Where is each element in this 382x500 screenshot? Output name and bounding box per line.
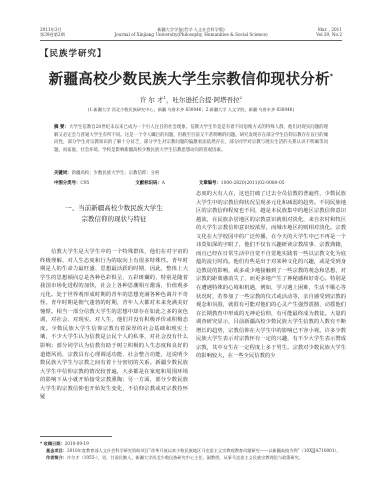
keywords: 关键词：新疆高校；少数民族大学生；宗教信仰；分析: [54, 170, 328, 176]
abstract: 摘 要：大学生信教自20世纪末以来已成为一个引人注目的社会现象。信教大学生毕竟是…: [54, 124, 328, 154]
keywords-text: 新疆高校；少数民族大学生；宗教信仰；分析: [72, 171, 160, 176]
section-tag: 【民族学研究】: [40, 47, 107, 59]
footnote-fund: 基金项目：2010年度教育部人文社会科学研究资助项目“改革开放以来少数民族地区马…: [40, 447, 346, 454]
footnote-rule: [40, 436, 112, 437]
fund-label: 基金项目：: [46, 448, 67, 453]
body-left-column: 信教大学生是大学生中的一个特殊群体，他们在对宇宙的终极理解、对人生态度和行为的取…: [40, 248, 188, 433]
doc-code-label: 文献标识码：: [135, 181, 161, 186]
doc-code-value: A: [162, 181, 165, 186]
section-heading-1: 一、当前新疆高校少数民族大学生 宗教信仰的现状与特征: [40, 203, 188, 225]
footnotes: * 收稿日期：2010-09-19 基金项目：2010年度教育部人文社会科学研究…: [40, 440, 346, 461]
abstract-text: 大学生信教自20世纪末以来已成为一个引人注目的社会现象。信教大学生毕竟是有着不同…: [54, 125, 328, 153]
clc-value: C95: [80, 181, 89, 186]
section-heading-line1: 一、当前新疆高校少数民族大学生: [40, 203, 188, 214]
keywords-label: 关键词：: [54, 171, 72, 176]
author-bio-label: 作者简介：: [46, 455, 67, 460]
classification-line: 中图分类号：C95 文献标识码：A 文章编号：1000-2820(2011)02…: [54, 180, 328, 186]
fund-value: 2010年度教育部人文社会科学研究资助项目“改革开放以来少数民族地区马克思主义宗…: [67, 448, 341, 453]
article-no-label: 文章编号：: [199, 181, 221, 186]
section-heading-line2: 宗教信仰的现状与特征: [40, 214, 188, 225]
author-line: 许 尔 才1，吐尔逊托合提·阿塔吾拉2: [0, 95, 382, 104]
title-footnote-mark: *: [330, 73, 333, 80]
clc-label: 中图分类号：: [54, 181, 80, 186]
received-label: * 收稿日期：: [40, 441, 65, 446]
author-1: 许 尔 才: [140, 96, 164, 104]
journal-name-en: Journal of Xinjiang University(Philosoph…: [40, 32, 342, 37]
journal-name: 新疆大学学报(哲学·人文社会科学版) Journal of Xinjiang U…: [40, 27, 342, 37]
article-no-value: 1000-2820(2011)02-0080-05: [221, 181, 285, 186]
abstract-label: 摘 要：: [54, 125, 69, 130]
received-value: 2010-09-19: [65, 441, 89, 446]
footnote-author: 作者简介：许尔才（1955-），男，甘肃民勤人，新疆大学西北少数民族研究中心主任…: [40, 454, 346, 461]
author-2: 吐尔逊托合提·阿塔吾拉: [173, 96, 240, 104]
header-rule: [40, 40, 342, 41]
author-bio-value: 许尔才（1955-），男，甘肃民勤人，新疆大学西北少数民族研究中心主任，副教授，…: [67, 455, 303, 460]
affiliations: (1.新疆大学 西北少数民族研究中心，新疆 乌鲁木齐 830046；2.新疆大学…: [0, 107, 382, 113]
author-2-affil-mark: 2: [240, 95, 243, 100]
paper-title: 新疆高校少数民族大学生宗教信仰现状分析*: [0, 68, 382, 89]
issue-en: Mar. , 2011 Vol.39, No.2: [316, 27, 342, 37]
volume-issue-en: Vol.39, No.2: [316, 32, 342, 37]
footnote-received: * 收稿日期：2010-09-19: [40, 440, 346, 447]
title-text: 新疆高校少数民族大学生宗教信仰现状分析: [49, 72, 330, 88]
